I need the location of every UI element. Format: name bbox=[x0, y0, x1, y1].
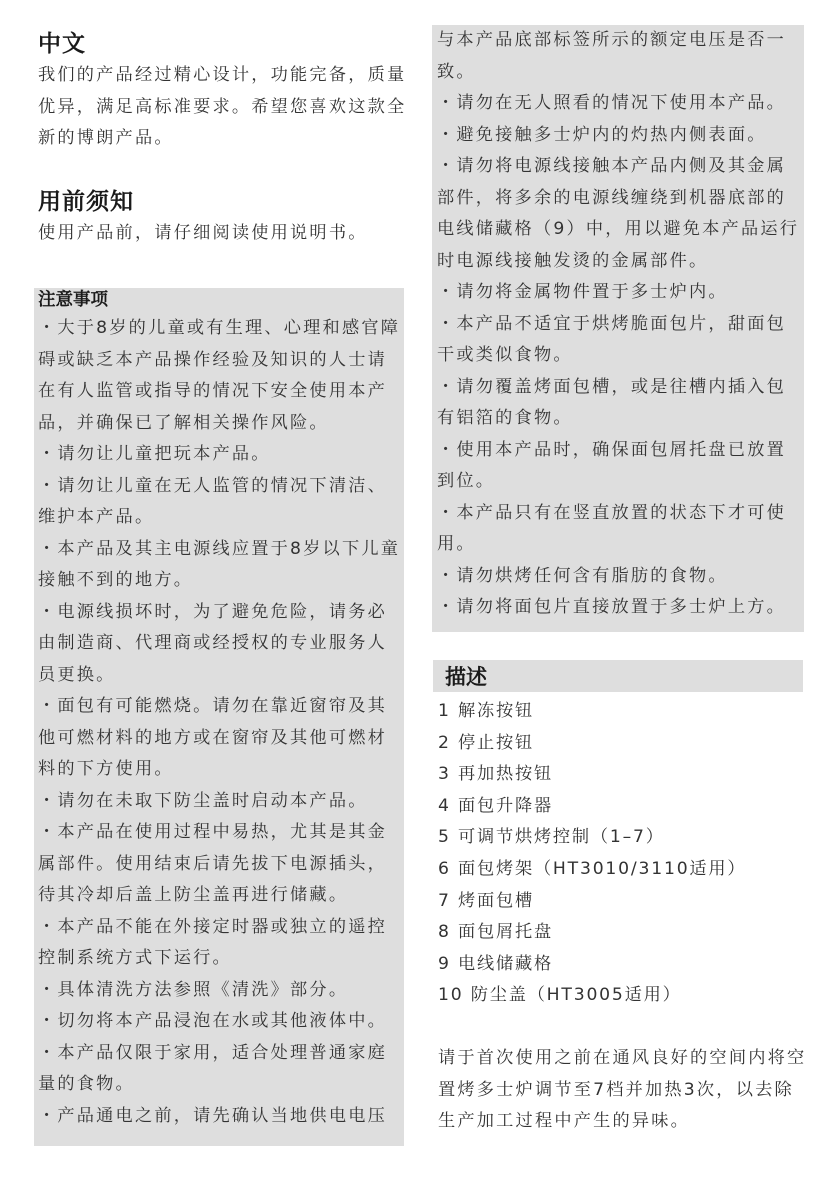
notice-box-left: 注意事项 ・大于8岁的儿童或有生理、心理和感官障碍或缺乏本产品操作经验及知识的人… bbox=[34, 288, 404, 1146]
notice-item: ・请勿将金属物件置于多士炉内。 bbox=[437, 277, 804, 309]
notice-item: ・具体清洗方法参照《清洗》部分。 bbox=[38, 975, 404, 1007]
notice-item: ・本产品不能在外接定时器或独立的遥控控制系统方式下运行。 bbox=[38, 912, 404, 975]
description-title: 描述 bbox=[433, 660, 803, 692]
notice-item: ・使用本产品时，确保面包屑托盘已放置到位。 bbox=[437, 435, 804, 498]
notice-item: ・电源线损坏时，为了避免危险，请务必由制造商、代理商或经授权的专业服务人员更换。 bbox=[38, 597, 404, 692]
notice-item: ・大于8岁的儿童或有生理、心理和感官障碍或缺乏本产品操作经验及知识的人士请在有人… bbox=[38, 313, 404, 439]
parts-list-item: 10 防尘盖（HT3005适用） bbox=[438, 980, 803, 1012]
parts-list-item: 3 再加热按钮 bbox=[438, 759, 803, 791]
before-use-section: 用前须知 使用产品前，请仔细阅读使用说明书。 bbox=[38, 186, 408, 250]
first-use-section: 请于首次使用之前在通风良好的空间内将空置烤多士炉调节至7档并加热3次，以去除生产… bbox=[438, 1043, 808, 1138]
notice-item: ・切勿将本产品浸泡在水或其他液体中。 bbox=[38, 1006, 404, 1038]
parts-list-item: 1 解冻按钮 bbox=[438, 696, 803, 728]
notice-item: ・请勿让儿童在无人监管的情况下清洁、维护本产品。 bbox=[38, 471, 404, 534]
intro-text: 我们的产品经过精心设计，功能完备，质量优异，满足高标准要求。希望您喜欢这款全新的… bbox=[38, 60, 408, 155]
parts-list-item: 4 面包升降器 bbox=[438, 791, 803, 823]
notice-item: ・本产品不适宜于烘烤脆面包片，甜面包干或类似食物。 bbox=[437, 309, 804, 372]
notice-item: ・请勿让儿童把玩本产品。 bbox=[38, 439, 404, 471]
notice-item: ・请勿覆盖烤面包槽，或是往槽内插入包有铝箔的食物。 bbox=[437, 372, 804, 435]
notice-item: ・面包有可能燃烧。请勿在靠近窗帘及其他可燃材料的地方或在窗帘及其他可燃材料的下方… bbox=[38, 691, 404, 786]
notice-item: ・请勿在未取下防尘盖时启动本产品。 bbox=[38, 786, 404, 818]
parts-list-item: 8 面包屑托盘 bbox=[438, 917, 803, 949]
notice-item: ・请勿在无人照看的情况下使用本产品。 bbox=[437, 88, 804, 120]
before-use-text: 使用产品前，请仔细阅读使用说明书。 bbox=[38, 218, 408, 250]
before-use-title: 用前须知 bbox=[38, 186, 408, 218]
notice-item: ・本产品在使用过程中易热，尤其是其金属部件。使用结束后请先拔下电源插头，待其冷却… bbox=[38, 817, 404, 912]
parts-list: 1 解冻按钮 2 停止按钮 3 再加热按钮 4 面包升降器 5 可调节烘烤控制（… bbox=[433, 696, 803, 1012]
notice-item: ・请勿将面包片直接放置于多士炉上方。 bbox=[437, 592, 804, 624]
notice-item: ・请勿将电源线接触本产品内侧及其金属部件，将多余的电源线缠绕到机器底部的电线储藏… bbox=[437, 151, 804, 277]
notice-title: 注意事项 bbox=[38, 288, 404, 312]
notice-item: ・产品通电之前，请先确认当地供电电压 bbox=[38, 1101, 404, 1133]
parts-list-item: 7 烤面包槽 bbox=[438, 886, 803, 918]
intro-title: 中文 bbox=[38, 28, 408, 60]
parts-list-item: 9 电线储藏格 bbox=[438, 949, 803, 981]
notice-item: 与本产品底部标签所示的额定电压是否一致。 bbox=[437, 25, 804, 88]
notice-item: ・本产品及其主电源线应置于8岁以下儿童接触不到的地方。 bbox=[38, 534, 404, 597]
notice-item: ・请勿烘烤任何含有脂肪的食物。 bbox=[437, 561, 804, 593]
notice-item: ・本产品只有在竖直放置的状态下才可使用。 bbox=[437, 498, 804, 561]
notice-item: ・本产品仅限于家用，适合处理普通家庭量的食物。 bbox=[38, 1038, 404, 1101]
first-use-text: 请于首次使用之前在通风良好的空间内将空置烤多士炉调节至7档并加热3次，以去除生产… bbox=[438, 1043, 808, 1138]
intro-section: 中文 我们的产品经过精心设计，功能完备，质量优异，满足高标准要求。希望您喜欢这款… bbox=[38, 28, 408, 155]
description-section: 描述 1 解冻按钮 2 停止按钮 3 再加热按钮 4 面包升降器 5 可调节烘烤… bbox=[433, 660, 803, 1012]
notice-item: ・避免接触多士炉内的灼热内侧表面。 bbox=[437, 120, 804, 152]
parts-list-item: 6 面包烤架（HT3010/3110适用） bbox=[438, 854, 803, 886]
parts-list-item: 5 可调节烘烤控制（1–7） bbox=[438, 822, 803, 854]
notice-box-right: 与本产品底部标签所示的额定电压是否一致。 ・请勿在无人照看的情况下使用本产品。 … bbox=[432, 25, 804, 632]
parts-list-item: 2 停止按钮 bbox=[438, 728, 803, 760]
